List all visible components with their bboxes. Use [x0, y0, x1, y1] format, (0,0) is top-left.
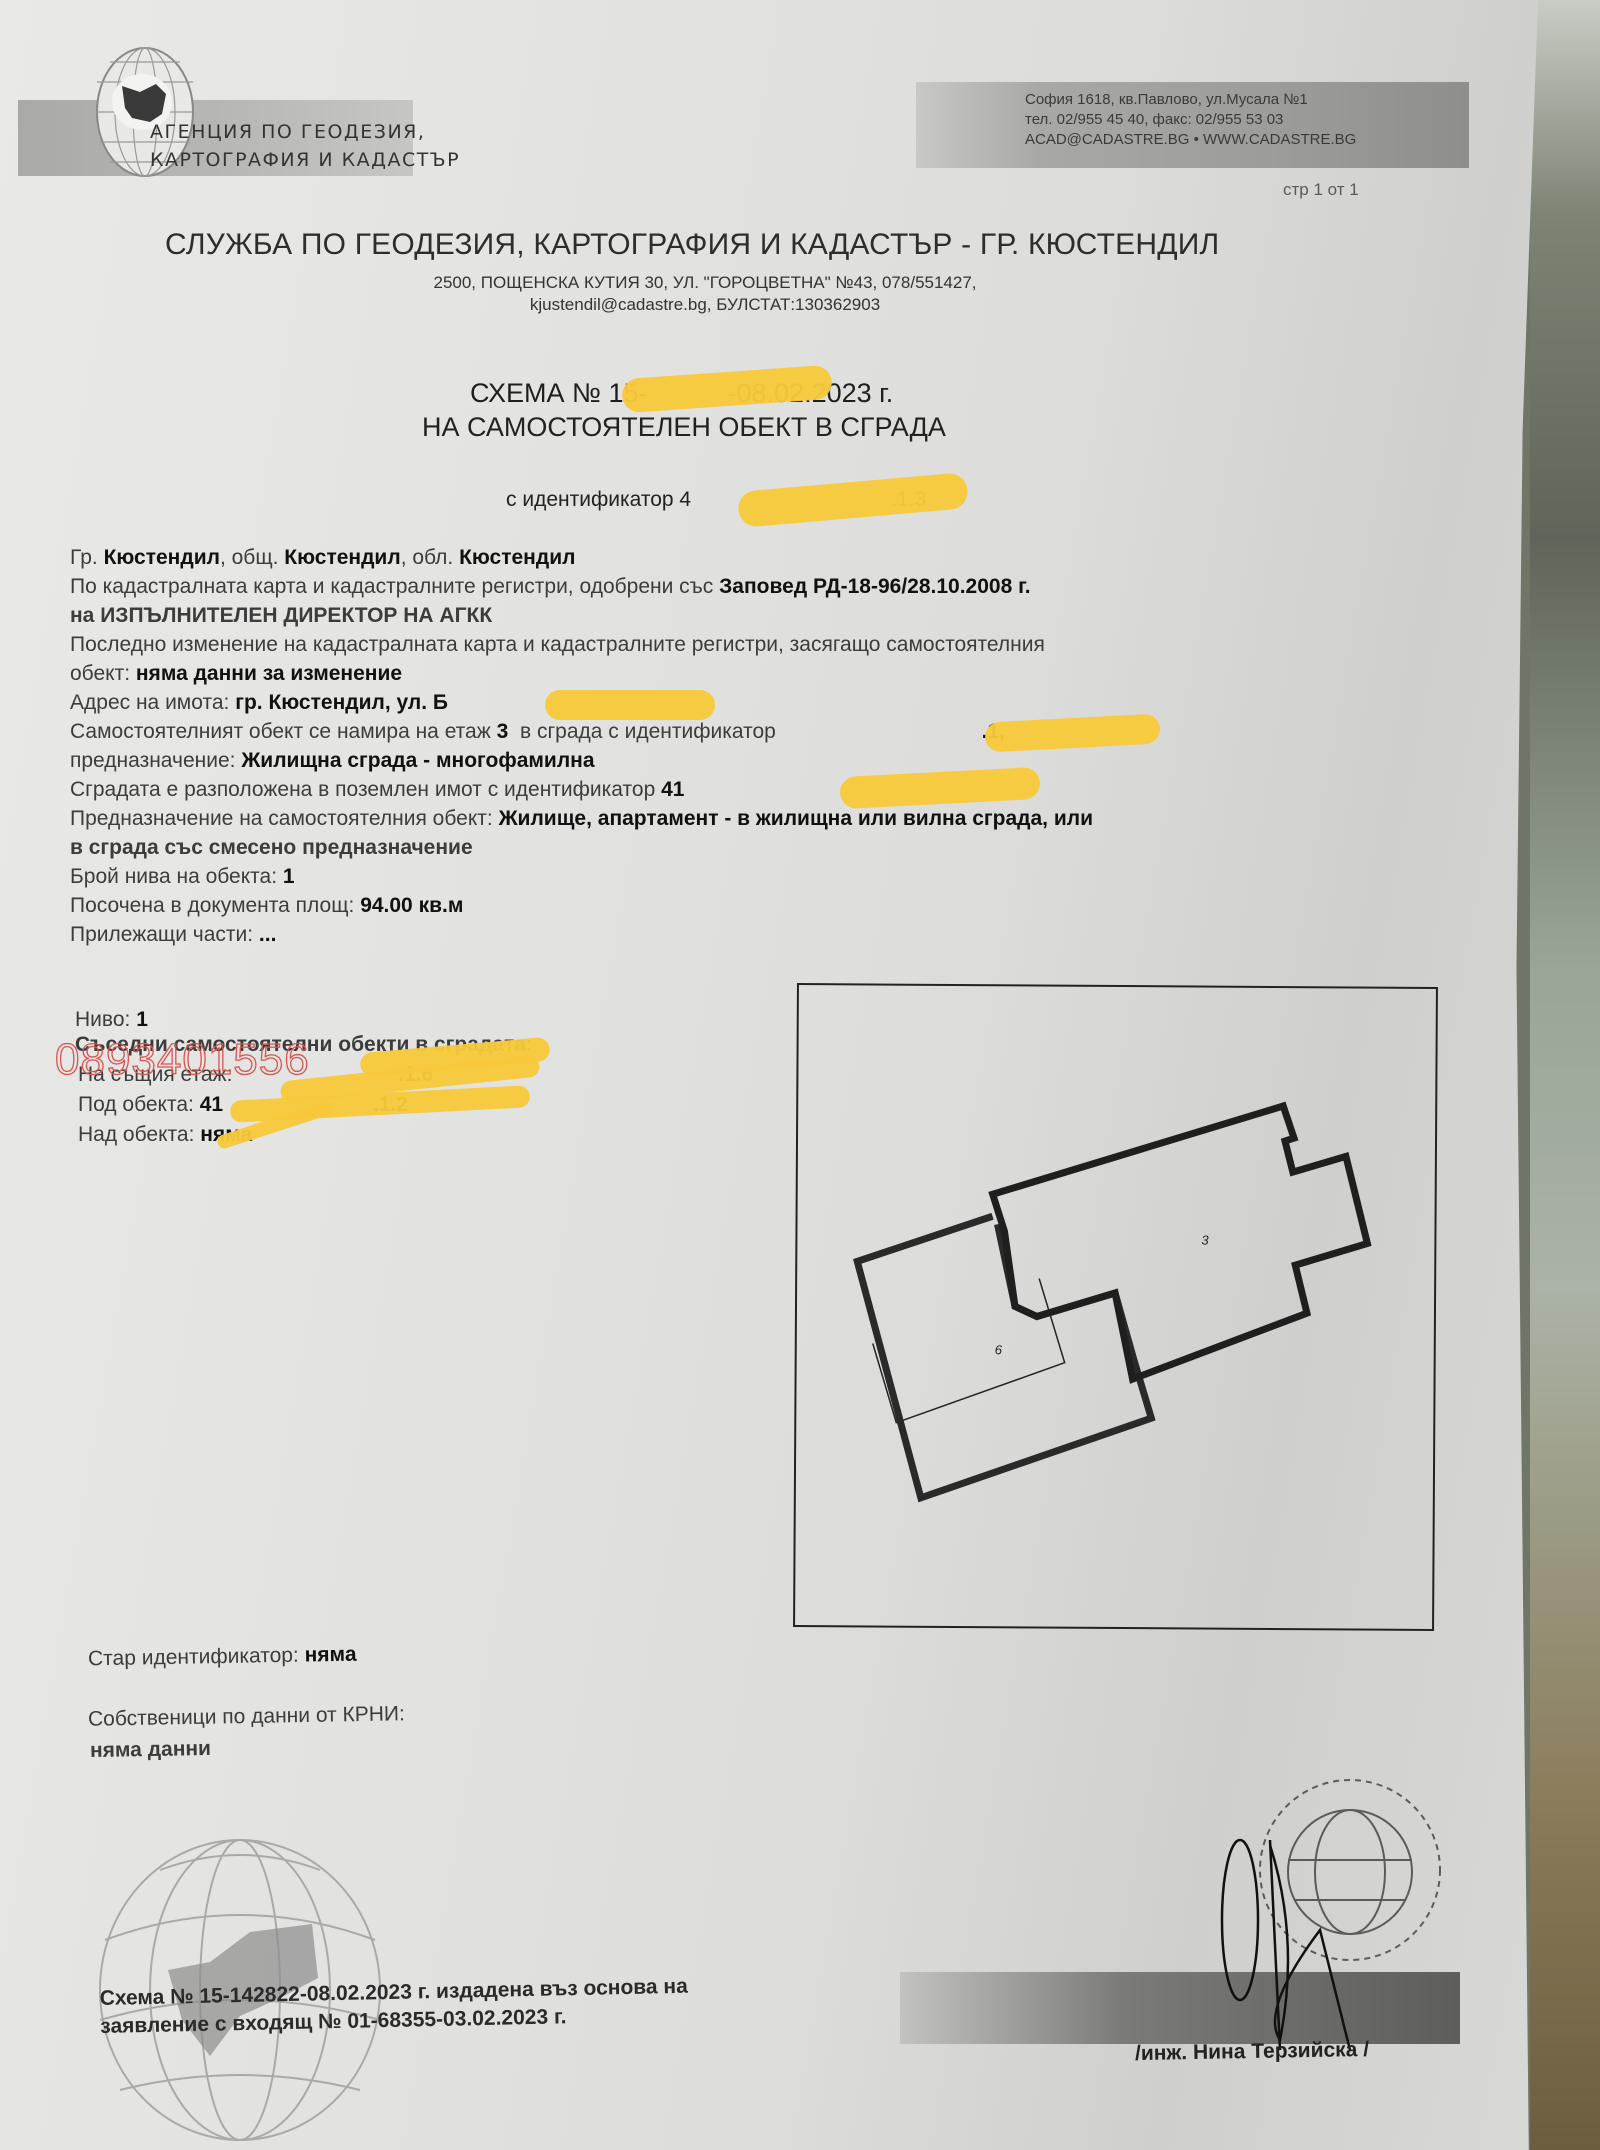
- agency-contacts: София 1618, кв.Павлово, ул.Мусала №1 тел…: [1025, 90, 1356, 150]
- official-stamp-icon: [1200, 1760, 1480, 2060]
- old-identifier-line: Стар идентификатор: няма: [88, 1643, 357, 1672]
- area-line: Посочена в документа площ: 94.00 кв.м: [70, 891, 463, 920]
- phone-watermark: 0893401556: [55, 1035, 310, 1085]
- unit-label-adjacent: 6: [995, 1342, 1003, 1357]
- floor-line: Самостоятелният обект се намира на етаж …: [70, 717, 1005, 746]
- office-address-line1: 2500, ПОЩЕНСКА КУТИЯ 30, УЛ. "ГОРОЦВЕТНА…: [355, 272, 1055, 294]
- agency-name: АГЕНЦИЯ ПО ГЕОДЕЗИЯ, КАРТОГРАФИЯ И КАДАС…: [150, 118, 460, 174]
- page-number: стр 1 от 1: [1283, 180, 1359, 200]
- redaction-mark: [545, 690, 715, 720]
- contact-address: София 1618, кв.Павлово, ул.Мусала №1: [1025, 90, 1356, 110]
- last-change-label: Последно изменение на кадастралната карт…: [70, 630, 1045, 659]
- signer-name: /инж. Нина Терзийска /: [1135, 2038, 1369, 2066]
- registry-issuer: на ИЗПЪЛНИТЕЛЕН ДИРЕКТОР НА АГКК: [70, 601, 492, 630]
- property-address-line: Адрес на имота: гр. Кюстендил, ул. Б: [70, 688, 448, 717]
- last-change-line: обект: няма данни за изменение: [70, 659, 402, 688]
- object-purpose-line2: в сграда със смесено предназначение: [70, 833, 473, 862]
- registry-approval-line: По кадастралната карта и кадастралните р…: [70, 572, 1031, 601]
- office-address: 2500, ПОЩЕНСКА КУТИЯ 30, УЛ. "ГОРОЦВЕТНА…: [355, 272, 1055, 316]
- office-name: СЛУЖБА ПО ГЕОДЕЗИЯ, КАРТОГРАФИЯ И КАДАСТ…: [165, 228, 1219, 262]
- land-plot-line: Сградата е разположена в поземлен имот с…: [70, 775, 684, 804]
- building-purpose-line: предназначение: Жилищна сграда - многофа…: [70, 746, 595, 775]
- redaction-mark: [839, 767, 1040, 809]
- unit-label-main: 3: [1201, 1233, 1209, 1248]
- adjacent-parts-line: Прилежащи части: ...: [70, 920, 276, 949]
- office-address-line2: kjustendil@cadastre.bg, БУЛСТАТ:13036290…: [355, 294, 1055, 316]
- object-purpose-line: Предназначение на самостоятелния обект: …: [70, 804, 1093, 833]
- owners-label: Собственици по данни от КРНИ:: [88, 1702, 405, 1732]
- agency-name-line2: КАРТОГРАФИЯ И КАДАСТЪР: [150, 146, 460, 174]
- footer-schema-info: Схема № 15-142822-08.02.2023 г. издадена…: [99, 1973, 688, 2041]
- document-page: АГЕНЦИЯ ПО ГЕОДЕЗИЯ, КАРТОГРАФИЯ И КАДАС…: [0, 0, 1538, 2150]
- owners-value: няма данни: [90, 1737, 211, 1763]
- contact-email-web: ACAD@CADASTRE.BG • WWW.CADASTRE.BG: [1025, 130, 1356, 150]
- floor-plan-drawing: 3 6: [795, 985, 1436, 1629]
- contact-phone: тел. 02/955 45 40, факс: 02/955 53 03: [1025, 110, 1356, 130]
- redaction-mark: [984, 713, 1160, 752]
- schema-subtitle: НА САМОСТОЯТЕЛЕН ОБЕКТ В СГРАДА: [422, 412, 946, 443]
- floor-plan-frame: 3 6: [793, 983, 1438, 1631]
- redaction-mark: [737, 472, 969, 528]
- agency-name-line1: АГЕНЦИЯ ПО ГЕОДЕЗИЯ,: [150, 118, 460, 146]
- background-surface: [1530, 0, 1600, 2150]
- levels-line: Брой нива на обекта: 1: [70, 862, 295, 891]
- location-line: Гр. Кюстендил, общ. Кюстендил, обл. Кюст…: [70, 543, 575, 572]
